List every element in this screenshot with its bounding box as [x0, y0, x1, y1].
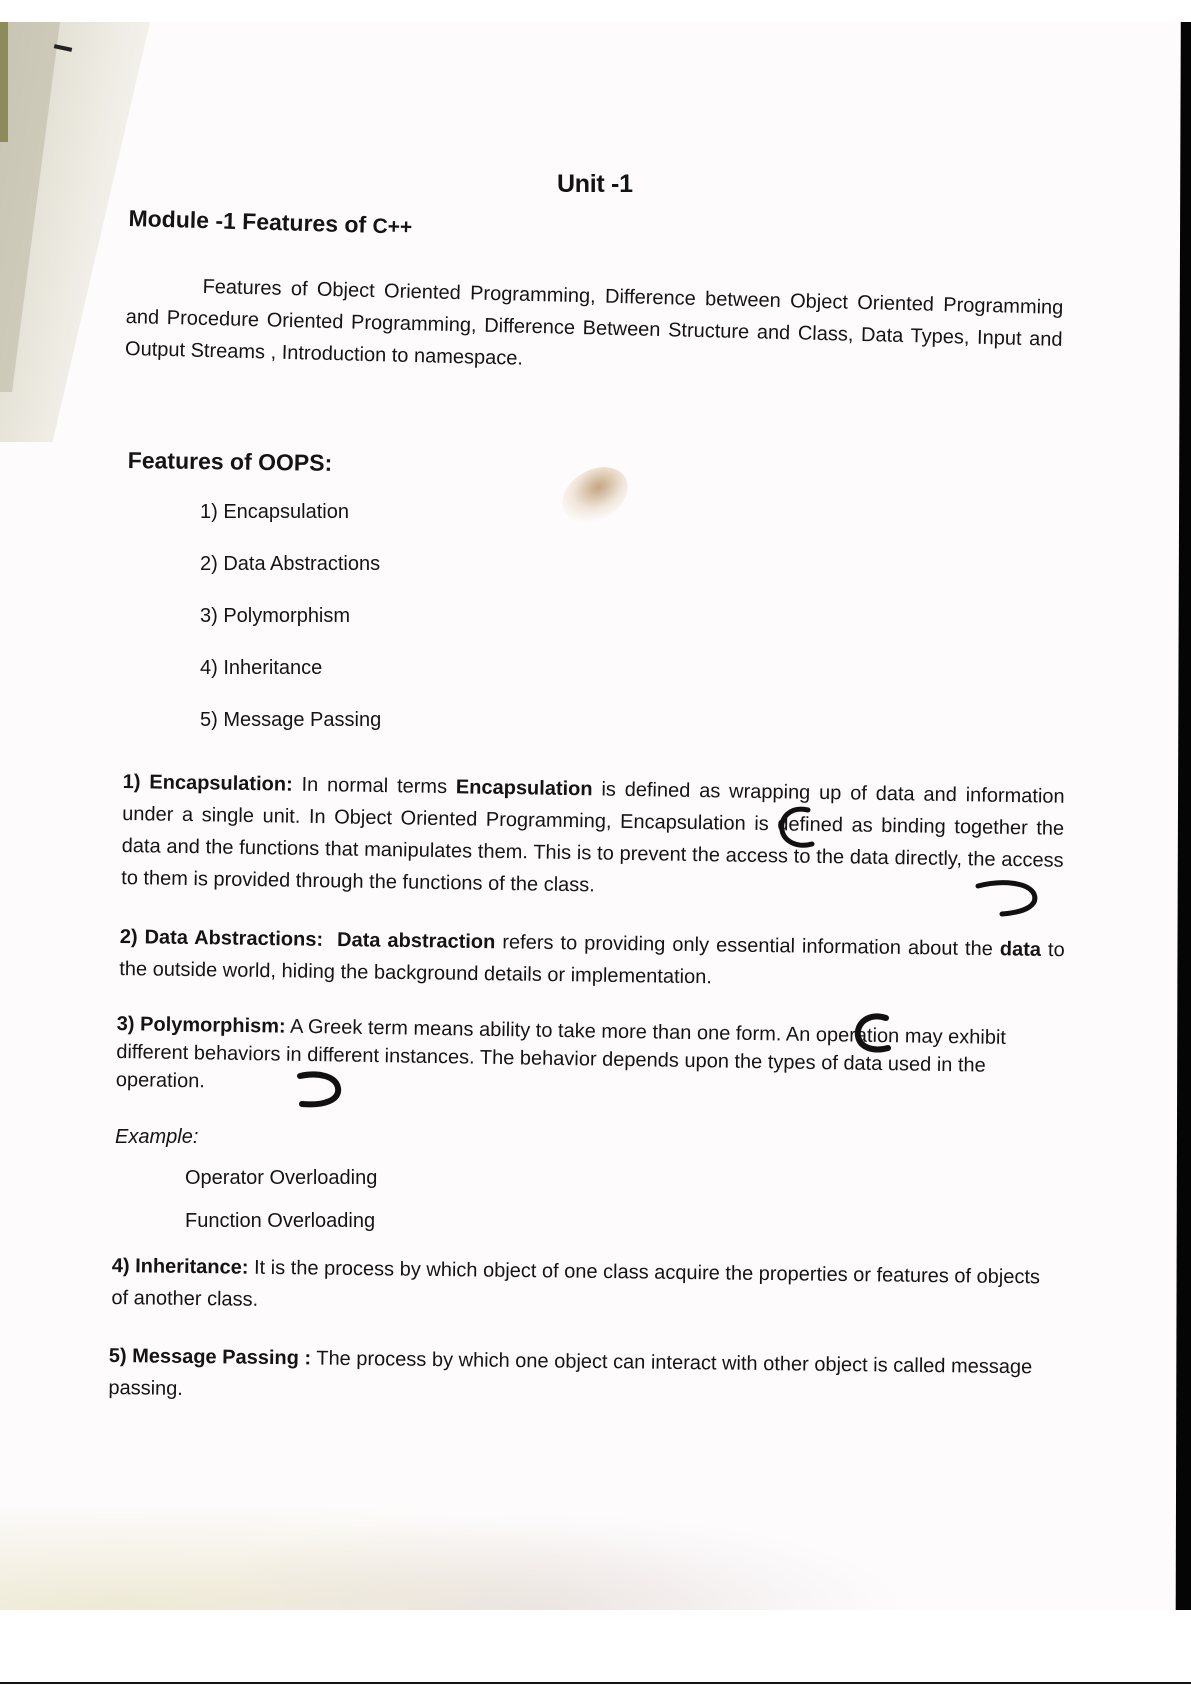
unit-title: Unit -1 [557, 170, 633, 199]
section-heading: 1) Encapsulation: [123, 771, 293, 796]
features-heading: Features of OOPS: [128, 445, 333, 479]
section-heading: 5) Message Passing : [109, 1345, 312, 1369]
section-message-passing: 5) Message Passing : The process by whic… [108, 1340, 1049, 1415]
section-encapsulation: 1) Encapsulation: In normal terms Encaps… [121, 766, 1065, 909]
bold-term: data [1000, 938, 1041, 961]
scan-noise [0, 1440, 1191, 1610]
section-text: In normal terms [293, 774, 457, 799]
section-heading: 3) Polymorphism: [117, 1013, 286, 1038]
feature-item: 5) Message Passing [200, 708, 381, 760]
feature-item: 1) Encapsulation [200, 500, 381, 552]
module-title-prefix: Module -1 Features of [128, 205, 373, 238]
page-fold [0, 22, 8, 142]
bold-term: Data abstraction [337, 929, 495, 953]
bold-term: Encapsulation [456, 776, 593, 800]
module-title-language: C++ [372, 215, 412, 239]
feature-item: 3) Polymorphism [200, 604, 381, 656]
section-heading: 4) Inheritance: [112, 1255, 249, 1279]
section-text: It is the process by which object of one… [111, 1257, 1040, 1311]
page-bottom-border [0, 1682, 1191, 1684]
section-heading: 2) Data Abstractions: [120, 926, 324, 951]
features-list: 1) Encapsulation 2) Data Abstractions 3)… [200, 500, 381, 760]
indent [126, 291, 202, 293]
syllabus-text: Features of Object Oriented Programming,… [125, 276, 1064, 370]
section-polymorphism: 3) Polymorphism: A Greek term means abil… [116, 1010, 1052, 1109]
section-data-abstraction: 2) Data Abstractions: Data abstraction r… [119, 921, 1065, 998]
example-item: Function Overloading [185, 1209, 377, 1252]
example-label: Example: [115, 1122, 198, 1153]
feature-item: 4) Inheritance [200, 656, 381, 708]
section-inheritance: 4) Inheritance: It is the process by whi… [111, 1250, 1052, 1325]
section-text: refers to providing only essential infor… [495, 931, 1000, 960]
scanner-edge [1174, 22, 1191, 1610]
stain-mark [552, 456, 638, 534]
example-list: Operator Overloading Function Overloadin… [185, 1166, 377, 1252]
section-text: is defined as wrapping up of data and in… [121, 778, 1065, 896]
feature-item: 2) Data Abstractions [200, 552, 381, 604]
example-item: Operator Overloading [185, 1166, 377, 1209]
